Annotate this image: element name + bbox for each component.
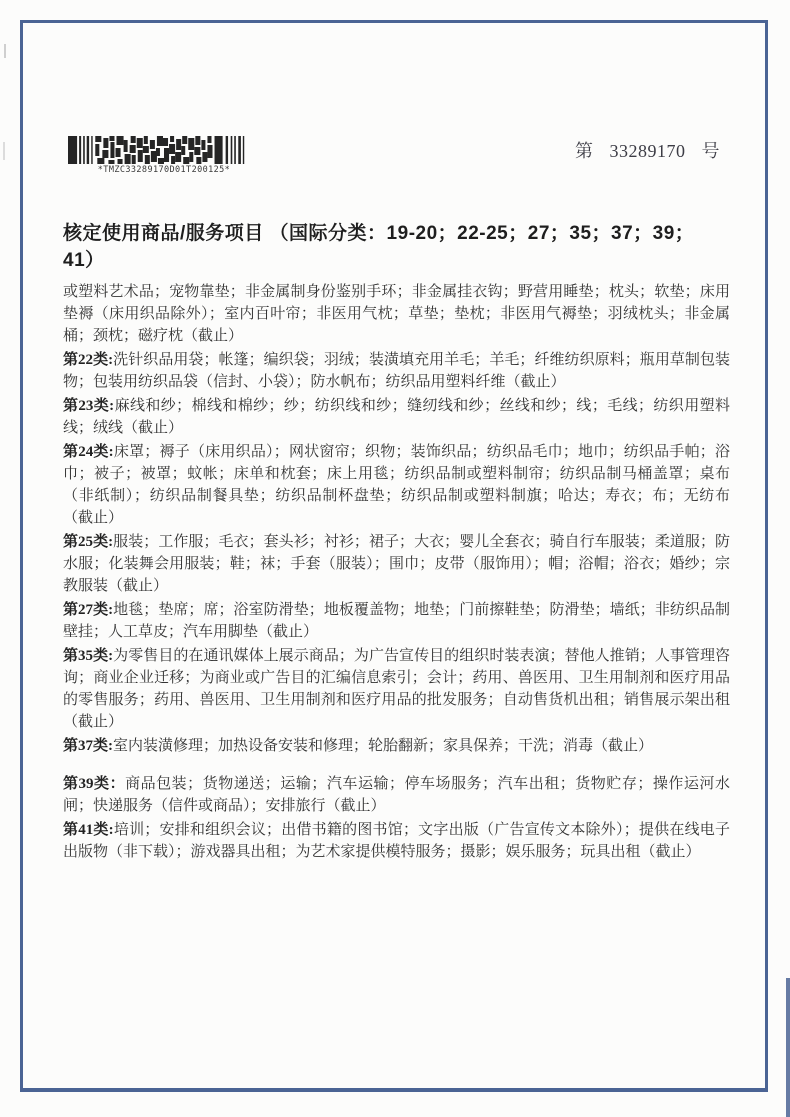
class-35-items: 为零售目的在通讯媒体上展示商品；为广告宣传目的组织时装表演；替他人推销；人事管理… [63,648,730,730]
class-35-paragraph: 第35类:为零售目的在通讯媒体上展示商品；为广告宣传目的组织时装表演；替他人推销… [63,645,730,733]
class-41-paragraph: 第41类:培训；安排和组织会议；出借书籍的图书馆；文字出版（广告宣传文本除外）；… [63,819,730,863]
document-number-value: 33289170 [610,141,686,161]
class-39-items: 商品包装；货物递送；运输；汽车运输；停车场服务；汽车出租；货物贮存；操作运河水闸… [63,776,730,814]
class-22-label: 第22类: [63,352,113,368]
class-27-paragraph: 第27类:地毯；垫席；席；浴室防滑垫；地板覆盖物；地垫；门前擦鞋垫；防滑垫；墙纸… [63,599,730,643]
class-23-label: 第23类: [63,398,114,414]
class-39-paragraph: 第39类：商品包装；货物递送；运输；汽车运输；停车场服务；汽车出租；货物贮存；操… [63,773,730,817]
scan-artifact [4,44,6,58]
scan-artifact [3,142,5,160]
section-title: 核定使用商品/服务项目 （国际分类：19-20；22-25；27；35；37；3… [63,220,713,274]
scan-edge-artifact [786,978,790,1117]
document-number-prefix: 第 [575,141,594,161]
class-22-paragraph: 第22类:洗针织品用袋；帐篷；编织袋；羽绒；装潢填充用羊毛；羊毛；纤维纺织原料；… [63,349,730,393]
class-23-paragraph: 第23类:麻线和纱；棉线和棉纱；纱；纺织线和纱；缝纫线和纱；丝线和纱；线；毛线；… [63,395,730,439]
barcode: *TMZC33289170D01T200125* [68,136,260,175]
approved-goods-section: 核定使用商品/服务项目 （国际分类：19-20；22-25；27；35；37；3… [63,220,730,865]
class-25-paragraph: 第25类:服装；工作服；毛衣；套头衫；衬衫；裙子；大衣；婴儿全套衣；骑自行车服装… [63,531,730,597]
class-24-paragraph: 第24类:床罩；褥子（床用织品）；网状窗帘；织物；装饰织品；纺织品毛巾；地巾；纺… [63,441,730,529]
class-27-label: 第27类: [63,602,113,618]
continuation-paragraph: 或塑料艺术品；宠物靠垫；非金属制身份鉴别手环；非金属挂衣钩；野营用睡垫；枕头；软… [63,281,730,347]
barcode-text: *TMZC33289170D01T200125* [68,165,260,175]
class-22-items: 洗针织品用袋；帐篷；编织袋；羽绒；装潢填充用羊毛；羊毛；纤维纺织原料；瓶用草制包… [63,352,730,390]
class-24-items: 床罩；褥子（床用织品）；网状窗帘；织物；装饰织品；纺织品毛巾；地巾；纺织品手帕；… [63,444,730,526]
certificate-page: *TMZC33289170D01T200125* 第33289170号 核定使用… [0,0,790,1117]
class-27-items: 地毯；垫席；席；浴室防滑垫；地板覆盖物；地垫；门前擦鞋垫；防滑垫；墙纸；非纺织品… [63,602,730,640]
document-number: 第33289170号 [575,137,720,163]
class-41-items: 培训；安排和组织会议；出借书籍的图书馆；文字出版（广告宣传文本除外）；提供在线电… [63,822,730,860]
class-41-label: 第41类: [63,822,114,838]
document-number-suffix: 号 [702,141,721,161]
class-37-paragraph: 第37类:室内装潢修理；加热设备安装和修理；轮胎翻新；家具保养；干洗；消毒（截止… [63,735,730,757]
class-25-items: 服装；工作服；毛衣；套头衫；衬衫；裙子；大衣；婴儿全套衣；骑自行车服装；柔道服；… [63,534,730,594]
class-35-label: 第35类: [63,648,113,664]
class-25-label: 第25类: [63,534,113,550]
class-24-label: 第24类: [63,444,114,460]
barcode-image [68,136,260,164]
class-23-items: 麻线和纱；棉线和棉纱；纱；纺织线和纱；缝纫线和纱；丝线和纱；线；毛线；纺织用塑料… [63,398,730,436]
class-39-label: 第39类： [63,776,125,792]
class-37-label: 第37类: [63,738,113,754]
class-37-items: 室内装潢修理；加热设备安装和修理；轮胎翻新；家具保养；干洗；消毒（截止） [113,738,653,754]
